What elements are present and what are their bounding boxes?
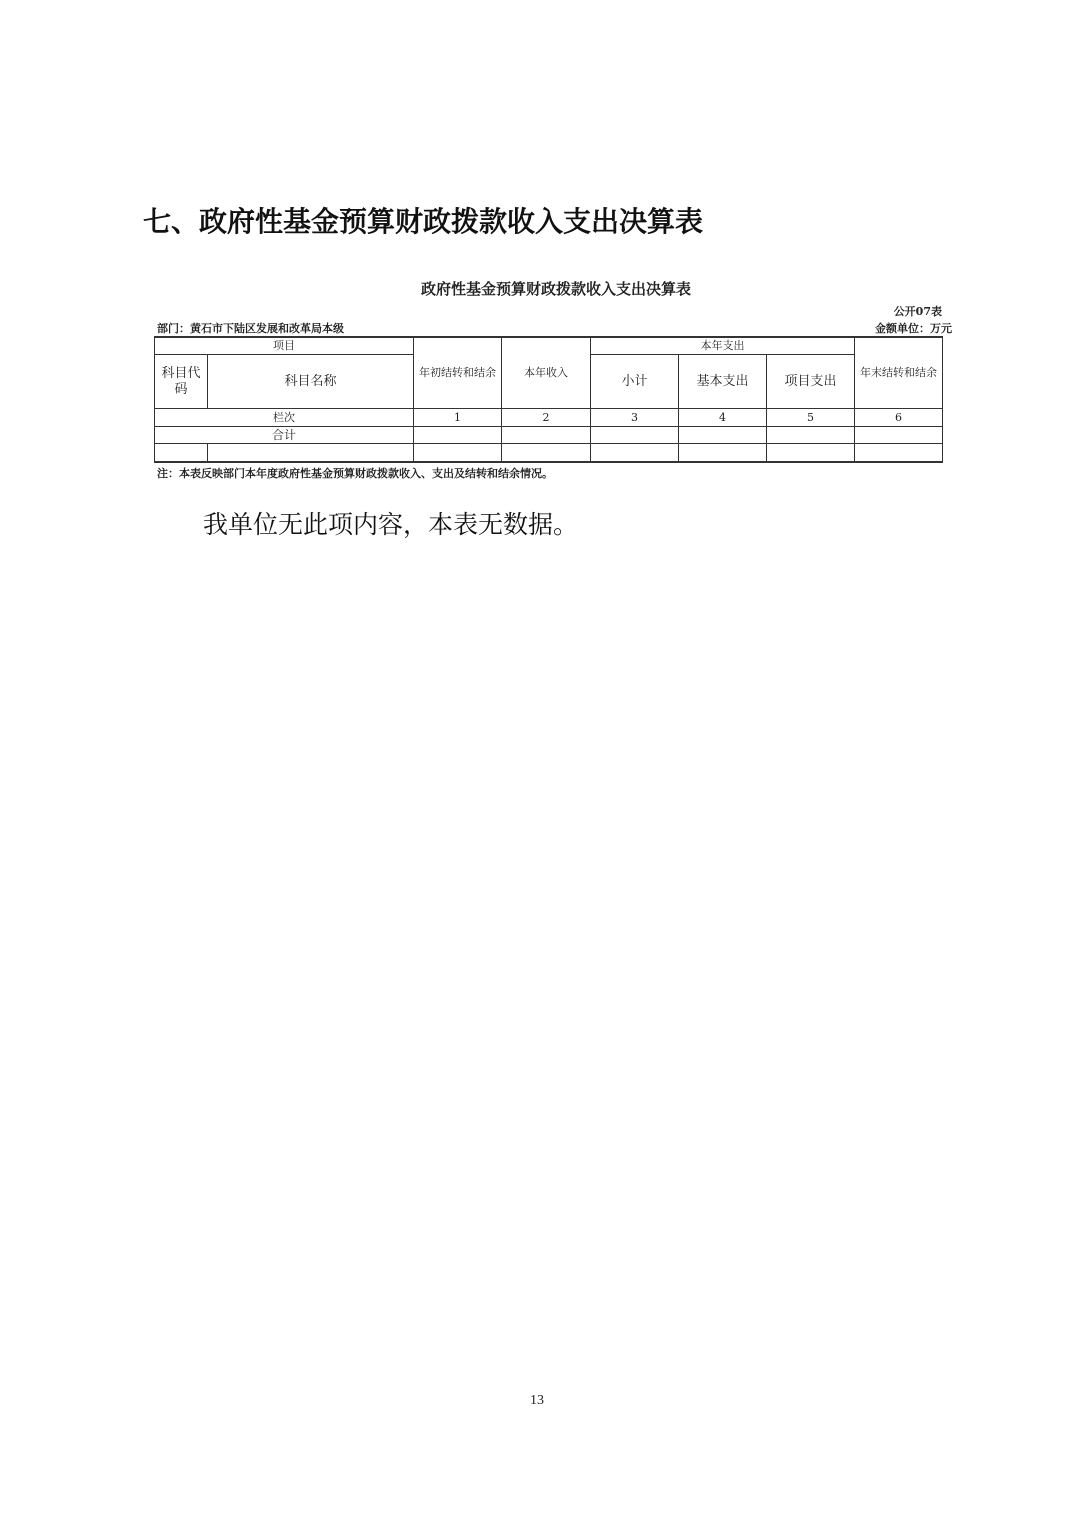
total-cell (855, 427, 943, 444)
subject-code-cell (155, 444, 208, 462)
total-cell (767, 427, 855, 444)
body-text: 我单位无此项内容，本表无数据。 (203, 505, 578, 541)
value-cell (591, 444, 679, 462)
value-cell (855, 444, 943, 462)
table-title: 政府性基金预算财政拨款收入支出决算表 (0, 278, 1074, 299)
table-note: 注：本表反映部门本年度政府性基金预算财政拨款收入、支出及结转和结余情况。 (157, 465, 553, 481)
header-basic-expense: 基本支出 (679, 355, 767, 409)
column-number: 2 (502, 409, 591, 427)
column-index-row: 栏次 1 2 3 4 5 6 (155, 409, 943, 427)
header-current-expense: 本年支出 (591, 337, 855, 355)
header-subject-name: 科目名称 (208, 355, 414, 409)
value-cell (767, 444, 855, 462)
header-item: 项目 (155, 337, 414, 355)
column-index-label: 栏次 (155, 409, 414, 427)
total-label: 合计 (155, 427, 414, 444)
form-number: 公开07表 (894, 303, 942, 319)
total-cell (502, 427, 591, 444)
column-number: 6 (855, 409, 943, 427)
section-heading: 七、政府性基金预算财政拨款收入支出决算表 (143, 200, 703, 240)
amount-unit-label: 金额单位：万元 (875, 320, 952, 336)
budget-table: 项目 年初结转和结余 本年收入 本年支出 年末结转和结余 科目代码 科目名称 小… (154, 336, 943, 463)
page-number: 13 (0, 1393, 1074, 1409)
subject-name-cell (208, 444, 414, 462)
value-cell (679, 444, 767, 462)
column-number: 3 (591, 409, 679, 427)
total-cell (679, 427, 767, 444)
column-number: 4 (679, 409, 767, 427)
header-closing-balance: 年末结转和结余 (855, 337, 943, 409)
header-project-expense: 项目支出 (767, 355, 855, 409)
header-subject-code: 科目代码 (155, 355, 208, 409)
column-number: 5 (767, 409, 855, 427)
table-row (155, 444, 943, 462)
value-cell (414, 444, 502, 462)
header-current-income: 本年收入 (502, 337, 591, 409)
department-label: 部门：黄石市下陆区发展和改革局本级 (157, 320, 344, 336)
total-cell (591, 427, 679, 444)
value-cell (502, 444, 591, 462)
total-cell (414, 427, 502, 444)
header-subtotal: 小计 (591, 355, 679, 409)
column-number: 1 (414, 409, 502, 427)
header-opening-balance: 年初结转和结余 (414, 337, 502, 409)
total-row: 合计 (155, 427, 943, 444)
